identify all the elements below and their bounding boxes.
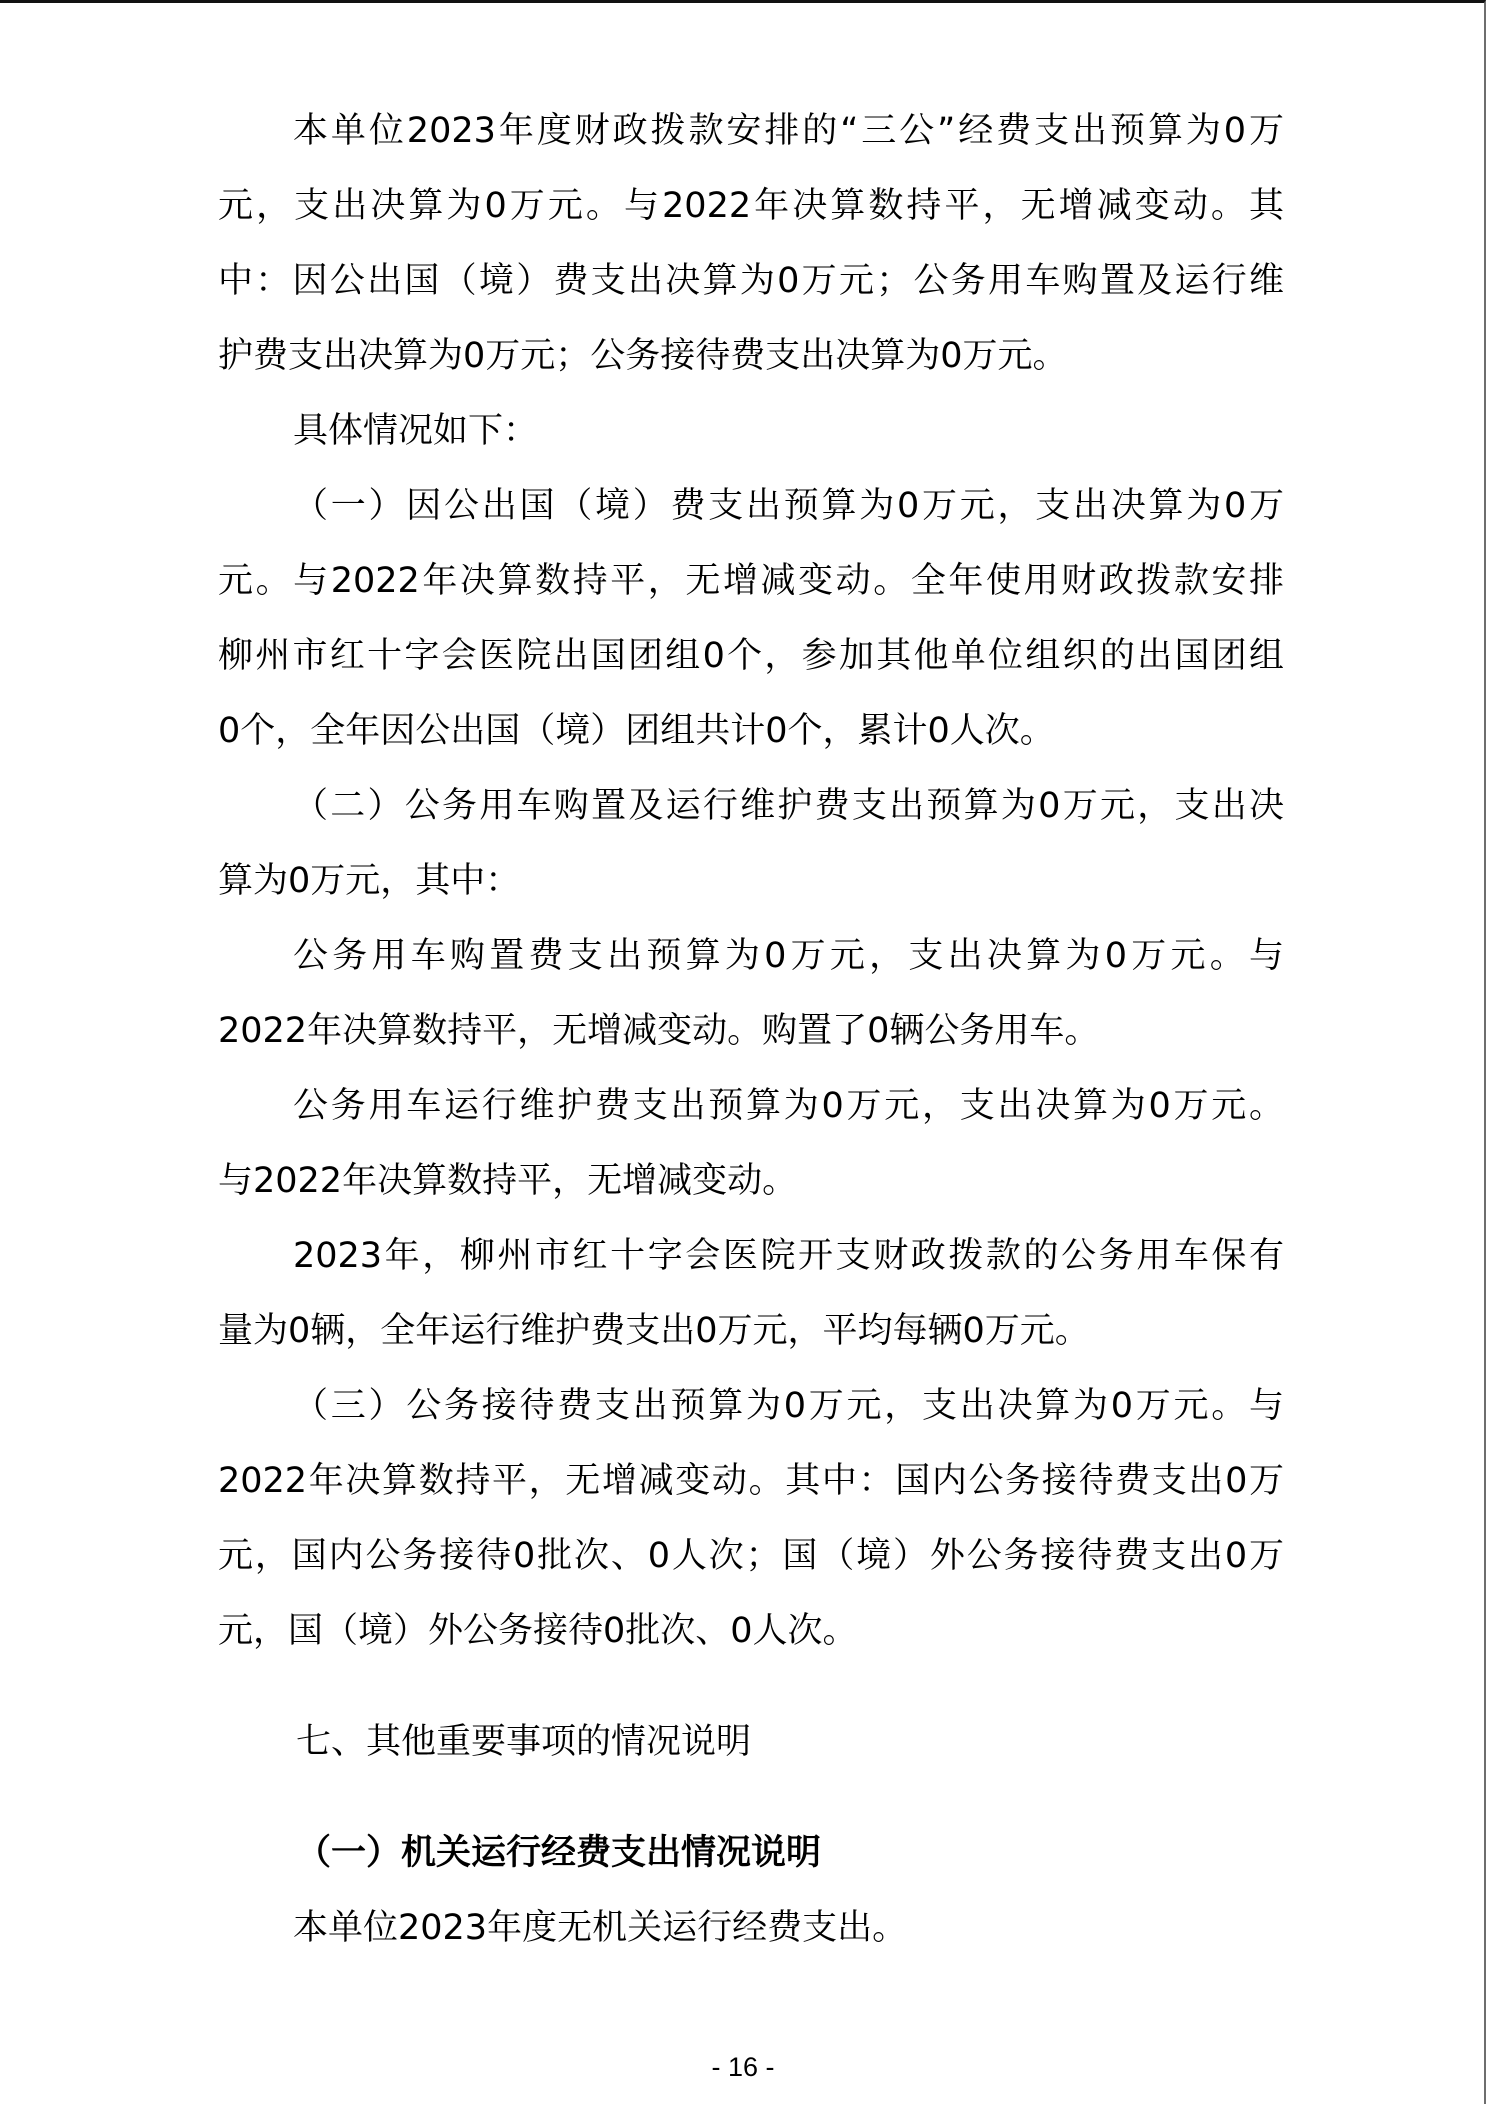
paragraph-vehicle-purchase-line-1: 公务用车购置费支出预算为0万元，支出决算为0万元。与: [218, 919, 1284, 994]
section-heading: 七、其他重要事项的情况说明: [296, 1705, 751, 1780]
paragraph-overseas-line-2: 元。与2022年决算数持平，无增减变动。全年使用财政拨款安排: [218, 544, 1284, 619]
subsection-heading: （一）机关运行经费支出情况说明: [296, 1816, 821, 1891]
paragraph-overseas-line-4: 0个，全年因公出国（境）团组共计0个，累计0人次。: [218, 694, 1284, 769]
paragraph-summary-line-4: 护费支出决算为0万元；公务接待费支出决算为0万元。: [218, 319, 1284, 394]
paragraph-overseas-line-1: （一）因公出国（境）费支出预算为0万元，支出决算为0万: [218, 469, 1284, 544]
paragraph-summary-line-3: 中：因公出国（境）费支出决算为0万元；公务用车购置及运行维: [218, 244, 1284, 319]
document-page: 本单位2023年度财政拨款安排的“三公”经费支出预算为0万 元，支出决算为0万元…: [0, 0, 1486, 2104]
page-number: - 16 -: [0, 2049, 1486, 2085]
paragraph-reception-line-2: 2022年决算数持平，无增减变动。其中：国内公务接待费支出0万: [218, 1444, 1284, 1519]
paragraph-reception-line-1: （三）公务接待费支出预算为0万元，支出决算为0万元。与: [218, 1369, 1284, 1444]
paragraph-vehicle-maintenance-line-2: 与2022年决算数持平，无增减变动。: [218, 1144, 1284, 1219]
paragraph-reception-line-4: 元，国（境）外公务接待0批次、0人次。: [218, 1594, 1284, 1669]
paragraph-details-intro: 具体情况如下：: [218, 394, 1284, 469]
paragraph-summary-line-2: 元，支出决算为0万元。与2022年决算数持平，无增减变动。其: [218, 169, 1284, 244]
paragraph-overseas-line-3: 柳州市红十字会医院出国团组0个，参加其他单位组织的出国团组: [218, 619, 1284, 694]
paragraph-vehicle-holdings-line-1: 2023年，柳州市红十字会医院开支财政拨款的公务用车保有: [218, 1219, 1284, 1294]
paragraph-summary-line-1: 本单位2023年度财政拨款安排的“三公”经费支出预算为0万: [218, 94, 1284, 169]
paragraph-vehicles-line-2: 算为0万元，其中：: [218, 844, 1284, 919]
paragraph-vehicle-maintenance-line-1: 公务用车运行维护费支出预算为0万元，支出决算为0万元。: [218, 1069, 1284, 1144]
paragraph-reception-line-3: 元，国内公务接待0批次、0人次；国（境）外公务接待费支出0万: [218, 1519, 1284, 1594]
body-text: 本单位2023年度财政拨款安排的“三公”经费支出预算为0万 元，支出决算为0万元…: [218, 94, 1284, 1669]
paragraph-vehicle-purchase-line-2: 2022年决算数持平，无增减变动。购置了0辆公务用车。: [218, 994, 1284, 1069]
subsection-body: 本单位2023年度无机关运行经费支出。: [293, 1891, 907, 1966]
paragraph-vehicles-line-1: （二）公务用车购置及运行维护费支出预算为0万元，支出决: [218, 769, 1284, 844]
paragraph-vehicle-holdings-line-2: 量为0辆，全年运行维护费支出0万元，平均每辆0万元。: [218, 1294, 1284, 1369]
